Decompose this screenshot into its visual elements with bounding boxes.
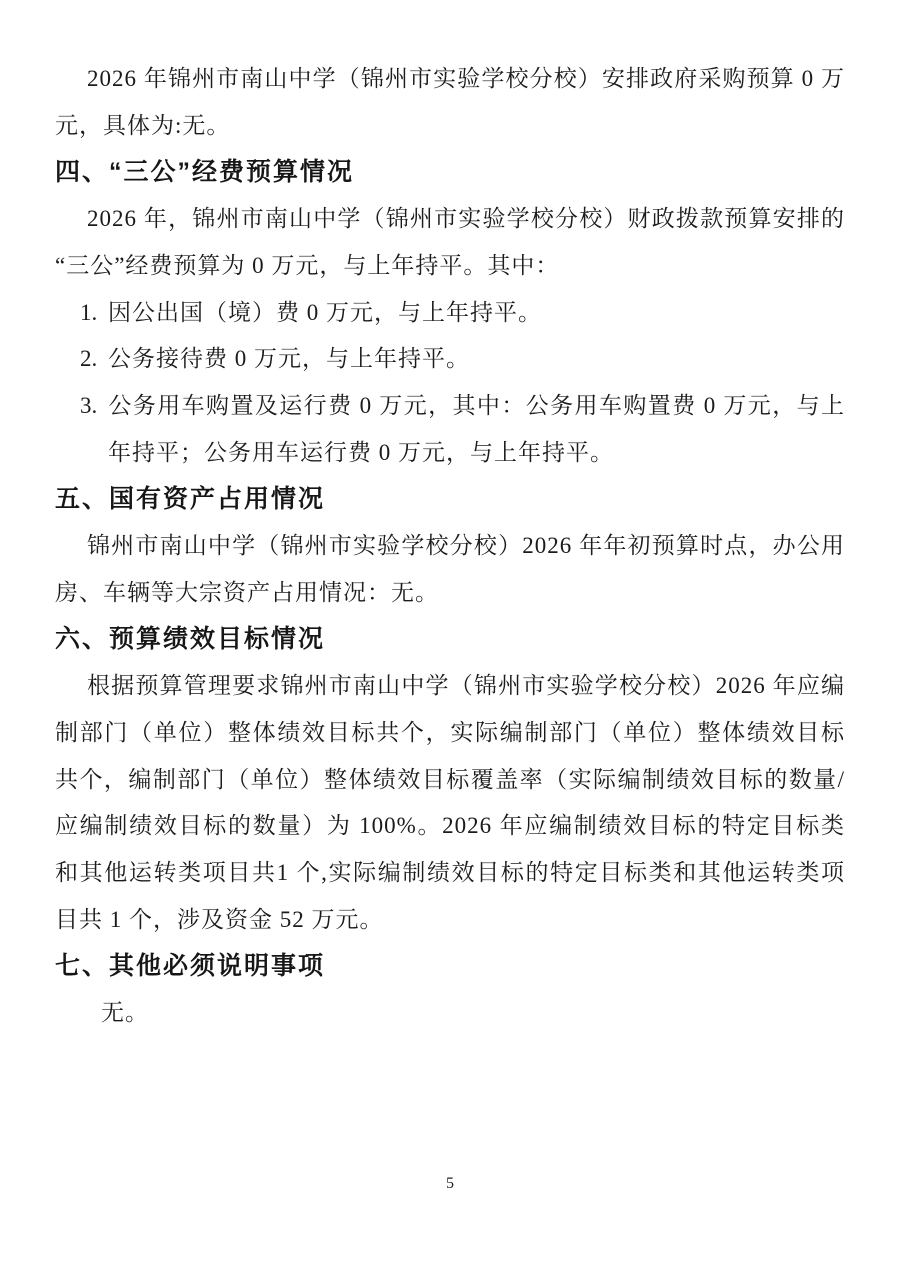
list-text: 公务用车购置及运行费 0 万元，其中：公务用车购置费 0 万元，与上年持平；公务… — [108, 393, 845, 465]
list-number: 3. — [80, 383, 108, 430]
paragraph-state-assets: 锦州市南山中学（锦州市实验学校分校）2026 年年初预算时点，办公用房、车辆等大… — [55, 523, 845, 616]
document-page: 2026 年锦州市南山中学（锦州市实验学校分校）安排政府采购预算 0 万元，具体… — [0, 0, 900, 1273]
paragraph-gov-procurement: 2026 年锦州市南山中学（锦州市实验学校分校）安排政府采购预算 0 万元，具体… — [55, 56, 845, 149]
paragraph-performance-targets: 根据预算管理要求锦州市南山中学（锦州市实验学校分校）2026 年应编制部门（单位… — [55, 663, 845, 943]
list-text: 公务接待费 0 万元，与上年持平。 — [108, 346, 470, 371]
paragraph-three-public-intro: 2026 年，锦州市南山中学（锦州市实验学校分校）财政拨款预算安排的“三公”经费… — [55, 196, 845, 289]
heading-section-4-three-public-budget: 四、“三公”经费预算情况 — [55, 149, 845, 196]
list-number: 1. — [80, 290, 108, 337]
list-item-reception-expense: 2.公务接待费 0 万元，与上年持平。 — [55, 336, 845, 383]
heading-section-7-other-notes: 七、其他必须说明事项 — [55, 943, 845, 990]
list-item-abroad-expense: 1.因公出国（境）费 0 万元，与上年持平。 — [55, 290, 845, 337]
list-text: 因公出国（境）费 0 万元，与上年持平。 — [108, 300, 542, 325]
paragraph-other-notes-none: 无。 — [55, 990, 845, 1037]
list-item-vehicle-expense: 3.公务用车购置及运行费 0 万元，其中：公务用车购置费 0 万元，与上年持平；… — [55, 383, 845, 476]
page-number: 5 — [0, 1172, 900, 1196]
heading-section-5-state-assets: 五、国有资产占用情况 — [55, 476, 845, 523]
list-number: 2. — [80, 336, 108, 383]
document-content: 2026 年锦州市南山中学（锦州市实验学校分校）安排政府采购预算 0 万元，具体… — [55, 56, 845, 1037]
heading-section-6-performance-targets: 六、预算绩效目标情况 — [55, 616, 845, 663]
